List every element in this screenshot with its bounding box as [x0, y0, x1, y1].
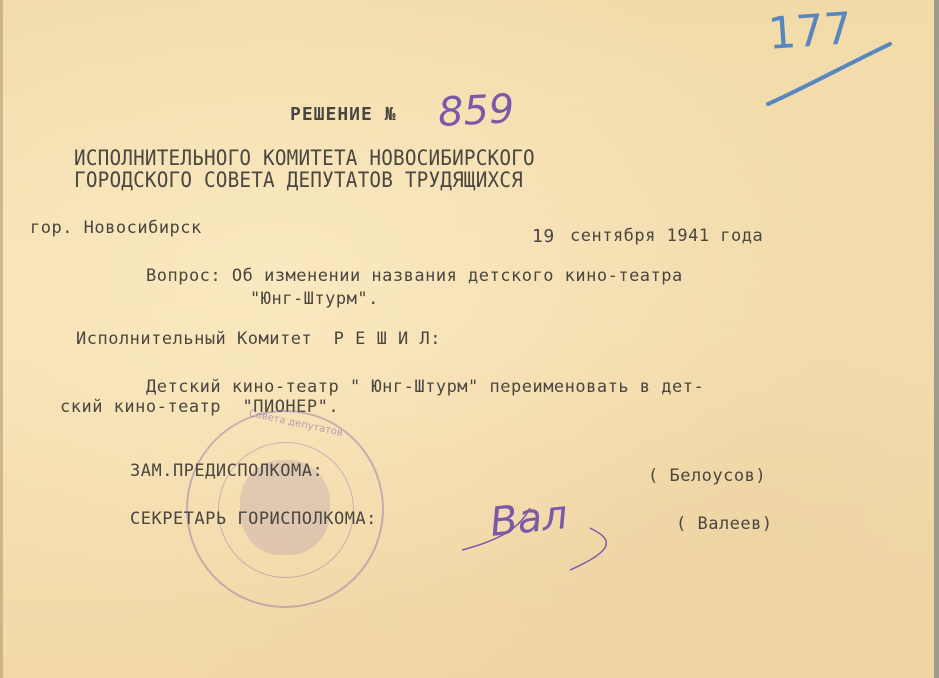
decision-number: 859 — [437, 86, 516, 136]
issuer-line-1: ИСПОЛНИТЕЛЬНОГО КОМИТЕТА НОВОСИБИРСКОГО — [74, 146, 535, 170]
signature-stroke — [460, 498, 640, 578]
decision-line-1: Детский кино-театр " Юнг-Штурм" переимен… — [146, 377, 704, 397]
date-day: 19 — [532, 226, 555, 247]
question-line-1: Вопрос: Об изменении названия детского к… — [146, 266, 683, 286]
signature-role-secretary: СЕКРЕТАРЬ ГОРИСПОЛКОМА: — [130, 509, 377, 529]
issuer-line-2: ГОРОДСКОГО СОВЕТА ДЕПУТАТОВ ТРУДЯЩИХСЯ — [74, 168, 523, 192]
document-title: РЕШЕНИЕ № — [290, 104, 397, 125]
page-edge-left — [0, 0, 3, 678]
page-edge-right — [934, 0, 939, 678]
place: гор. Новосибирск — [30, 218, 202, 238]
date-text: сентября 1941 года — [570, 226, 763, 246]
resolution-heading: Исполнительный Комитет Р Е Ш И Л: — [76, 329, 441, 349]
signature-role-deputy-chair: ЗАМ.ПРЕДИСПОЛКОМА: — [130, 461, 323, 481]
signature-name-belousov: ( Белоусов) — [648, 466, 766, 486]
pencil-underline-mark — [760, 38, 900, 113]
signature-name-valeev: ( Валеев) — [676, 514, 773, 534]
question-line-2: "Юнг-Штурм". — [250, 289, 379, 309]
